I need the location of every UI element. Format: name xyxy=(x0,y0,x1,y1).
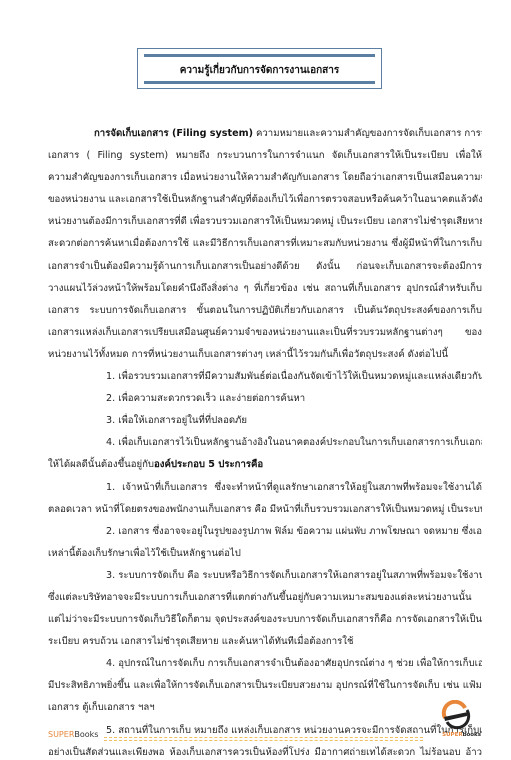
component-continuation: แต่ไม่ว่าจะมีระบบการจัดเก็บวิธีใดก็ตาม จ… xyxy=(48,609,482,631)
page-footer: SUPERBooks SUPERbooks xyxy=(48,700,481,740)
intro-line: เอกสารจำเป็นต้องมีความรู้ด้านการเก็บเอกส… xyxy=(48,256,482,278)
intro-line: หน่วยงานต้องมีการเก็บเอกสารที่ดี เพื่อรว… xyxy=(48,211,482,233)
component-continuation: อย่างเป็นสัดส่วนและเพียงพอ ห้องเก็บเอกสา… xyxy=(48,742,482,760)
intro-line: สะดวกต่อการค้นหาเมื่อต้องการใช้ และมีวิธ… xyxy=(48,233,482,255)
footer-logo-text: SUPERbooks xyxy=(442,732,481,738)
objectives-list: 1. เพื่อรวบรวมเอกสารที่มีความสัมพันธ์ต่อ… xyxy=(48,366,482,476)
components-intro: ให้ได้ผลดีนั้นต้องขึ้นอยู่กับองค์ประกอบ … xyxy=(48,454,482,476)
intro-paragraph: การจัดเก็บเอกสาร (Filing system) ความหมา… xyxy=(48,123,482,366)
title-top-rule xyxy=(144,54,375,57)
intro-line: ของหน่วยงาน และเอกสารใช้เป็นหลักฐานสำคัญ… xyxy=(48,189,482,211)
intro-line: เอกสารแหล่งเก็บเอกสารเปรียบเสมือนศูนย์คว… xyxy=(48,322,482,344)
intro-line: หน่วยงานไว้ทั้งหมด การที่หน่วยงานเก็บเอก… xyxy=(48,344,482,366)
footer-dashed-rule xyxy=(104,737,423,741)
objective-item: 1. เพื่อรวบรวมเอกสารที่มีความสัมพันธ์ต่อ… xyxy=(48,366,482,388)
component-continuation: เหล่านี้ต้องเก็บรักษาเพื่อไว้ใช้เป็นหลัก… xyxy=(48,543,482,565)
title-box: ความรู้เกี่ยวกับการจัดการงานเอกสาร xyxy=(137,48,382,89)
component-item: 2. เอกสาร ซึ่งอาจจะอยู่ในรูปของรูปภาพ ฟิ… xyxy=(48,521,482,543)
intro-line: การจัดเก็บเอกสาร (Filing system) ความหมา… xyxy=(48,123,482,145)
page-title: ความรู้เกี่ยวกับการจัดการงานเอกสาร xyxy=(138,63,381,78)
component-continuation: ซึ่งแต่ละบริษัทอาจจะมีระบบการเก็บเอกสารท… xyxy=(48,587,482,609)
components-intro-bold: องค์ประกอบ 5 ประการคือ xyxy=(154,459,263,470)
intro-lead: การจัดเก็บเอกสาร (Filing system) xyxy=(94,128,253,139)
component-continuation: ตลอดเวลา หน้าที่โดยตรงของพนักงานเก็บเอกส… xyxy=(48,499,482,521)
title-bottom-rule xyxy=(144,81,375,84)
objective-item: 4. เพื่อเก็บเอกสารไว้เป็นหลักฐานอ้างอิงใ… xyxy=(48,432,482,454)
intro-line: ความสำคัญของการเก็บเอกสาร เมื่อหน่วยงานใ… xyxy=(48,167,482,189)
component-item: 1. เจ้าหน้าที่เก็บเอกสาร ซึ่งจะทำหน้าที่… xyxy=(48,477,482,499)
objective-item: 2. เพื่อความสะดวกรวดเร็ว และง่ายต่อการค้… xyxy=(48,388,482,410)
component-continuation: มีประสิทธิภาพยิ่งขึ้น และเพื่อให้การจัดเ… xyxy=(48,675,482,697)
component-item: 3. ระบบการจัดเก็บ คือ ระบบหรือวิธีการจัด… xyxy=(48,565,482,587)
component-continuation: ระเบียบ ครบถ้วน เอกสารไม่ชำรุดเสียหาย แล… xyxy=(48,631,482,653)
intro-line: วางแผนไว้ล่วงหน้าให้พร้อมโดยคำนึงถึงสิ่ง… xyxy=(48,278,482,300)
component-item: 4. อุปกรณ์ในการจัดเก็บ การเก็บเอกสารจำเป… xyxy=(48,653,482,675)
intro-line: เอกสาร ระบบการจัดเก็บเอกสาร ขั้นตอนในการ… xyxy=(48,300,482,322)
objective-item: 3. เพื่อให้เอกสารอยู่ในที่ที่ปลอดภัย xyxy=(48,410,482,432)
footer-brand: SUPERBooks xyxy=(48,730,98,739)
intro-line: เอกสาร ( Filing system) หมายถึง กระบวนกา… xyxy=(48,145,482,167)
document-body: การจัดเก็บเอกสาร (Filing system) ความหมา… xyxy=(48,123,482,760)
